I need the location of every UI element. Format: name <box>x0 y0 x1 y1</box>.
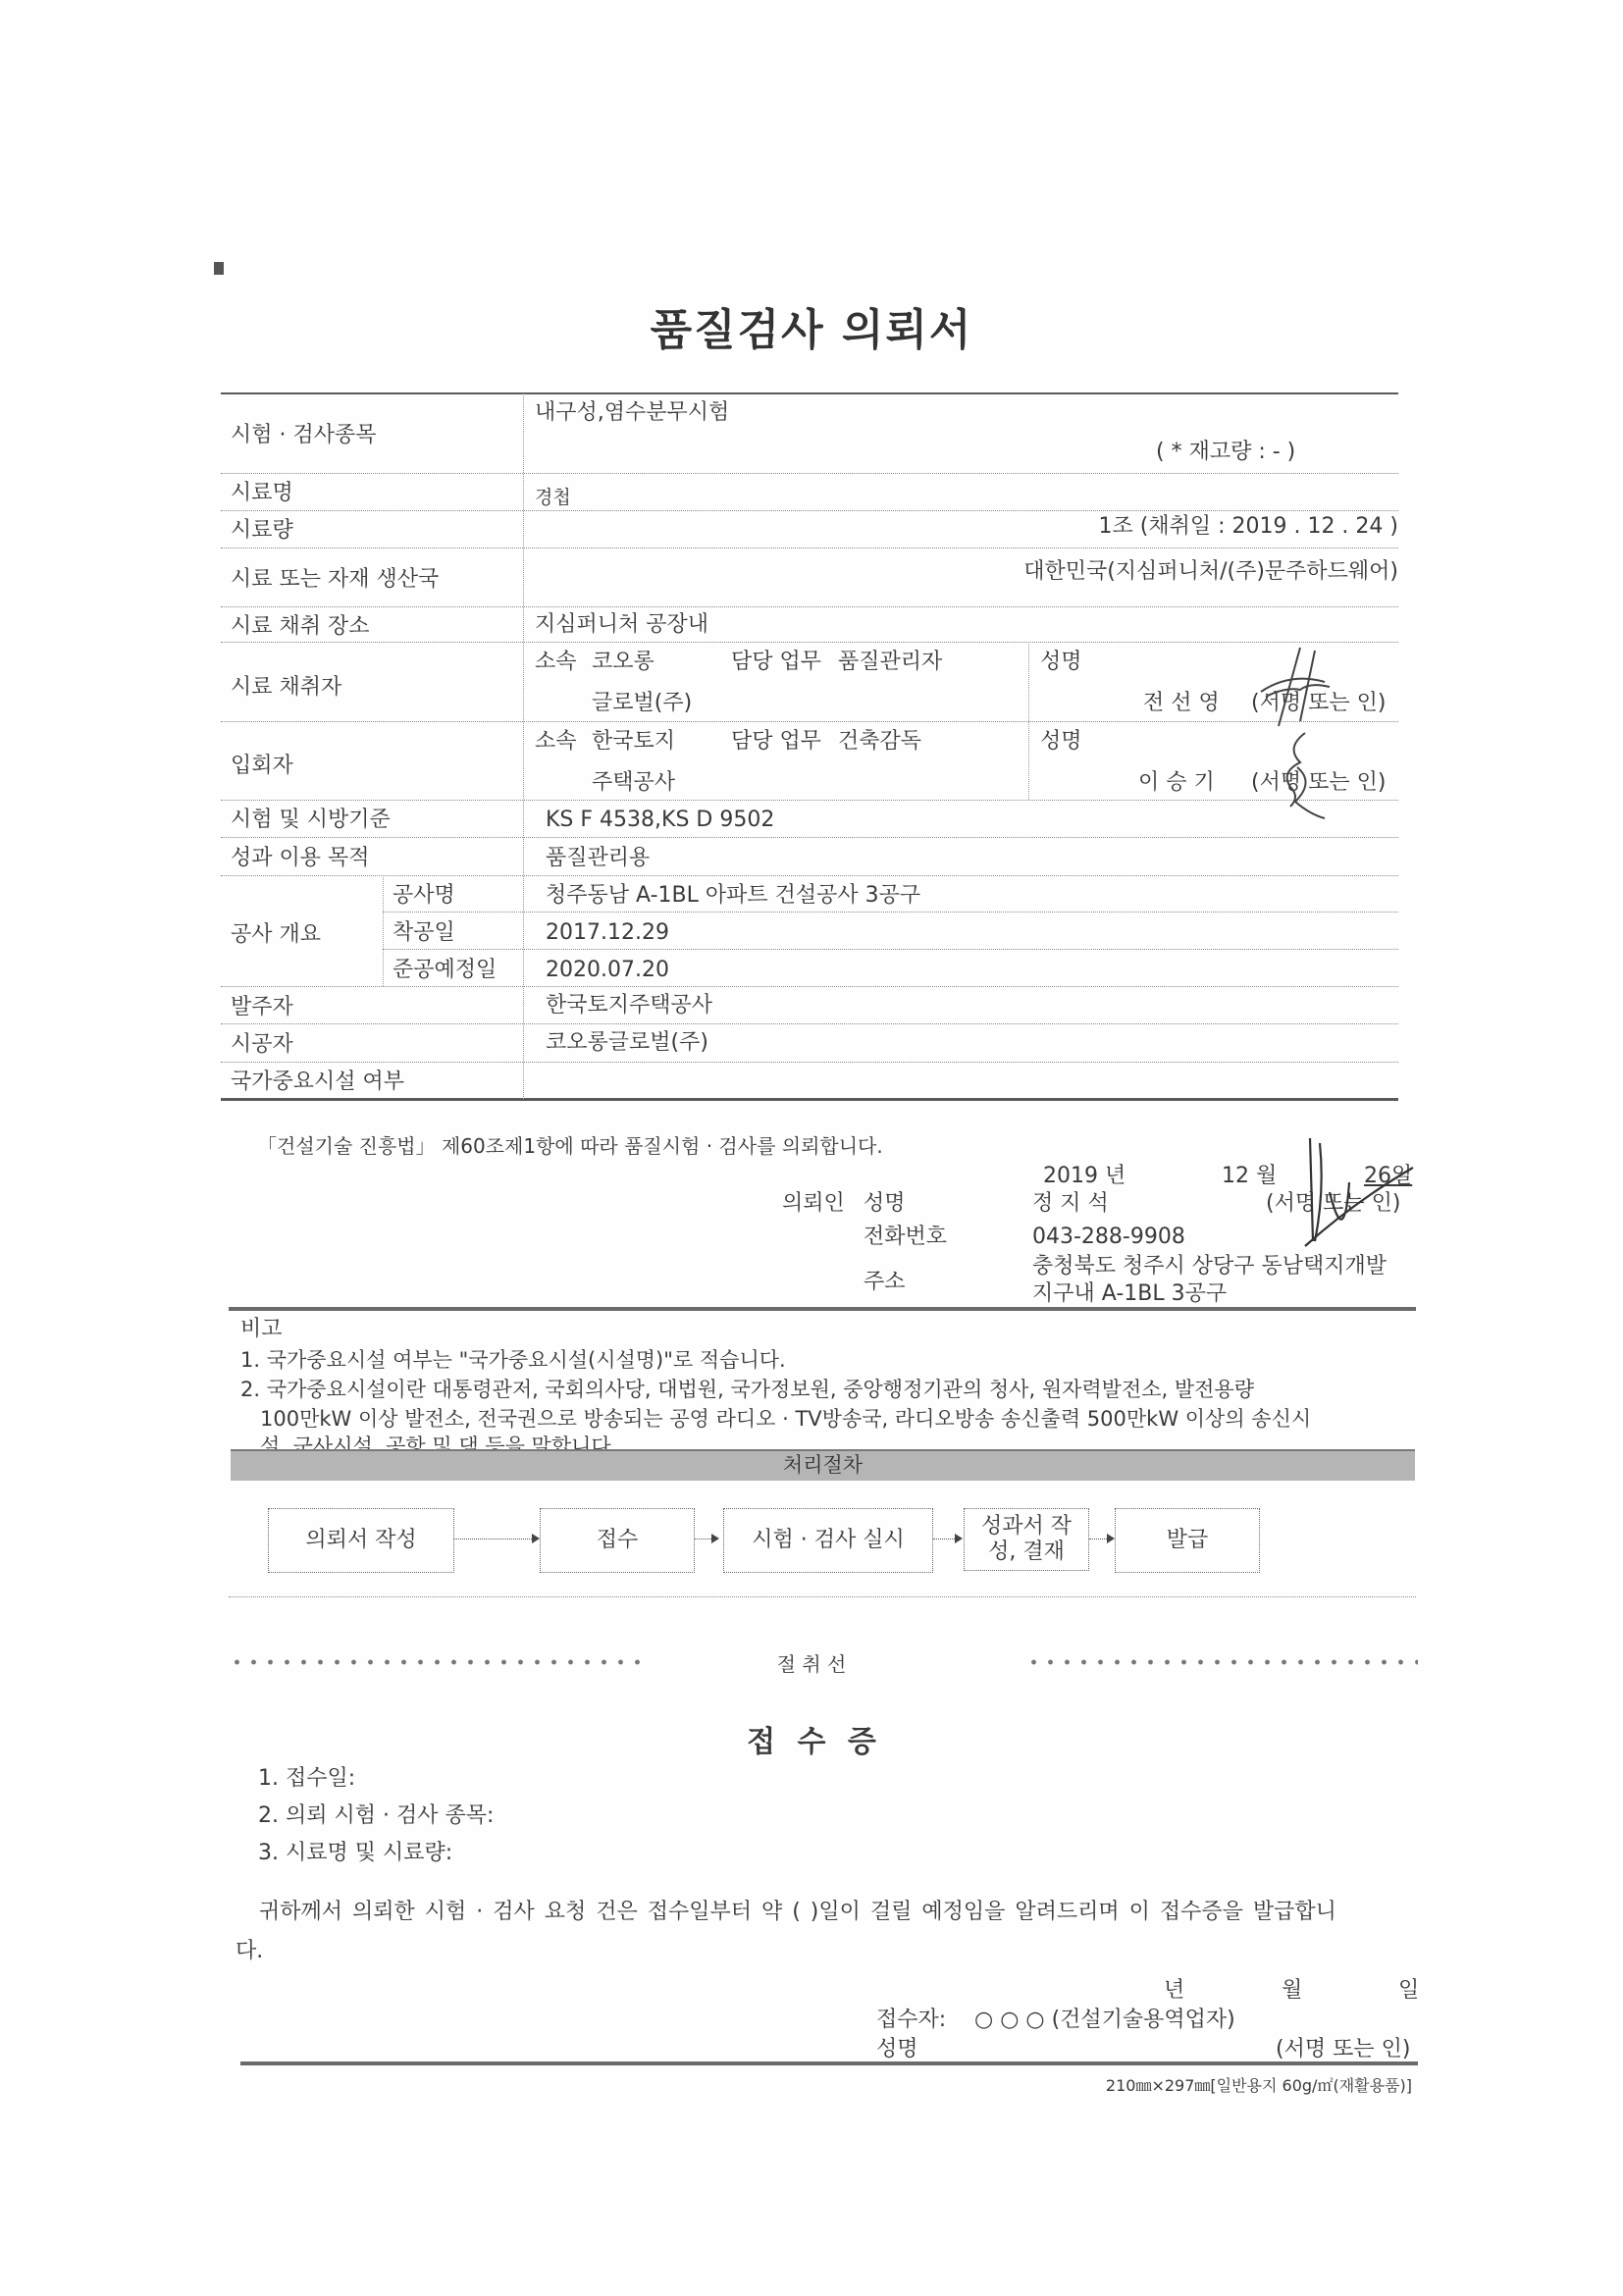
sampler-affiliation: 코오롱 <box>592 650 654 675</box>
phone-value: 043-288-9908 <box>1032 1225 1185 1250</box>
step-request-writing: 의뢰서 작성 <box>268 1508 454 1573</box>
value-test-items: 내구성,염수분무시험 <box>535 400 729 426</box>
note-2-cont: 100만kW 이상 발전소, 전국권으로 방송되는 공영 라디오 · TV방송국… <box>260 1403 1311 1433</box>
divider <box>221 510 1398 511</box>
value-client: 한국토지주택공사 <box>546 993 712 1018</box>
notes-title: 비고 <box>240 1317 283 1342</box>
receipt-item-3: 3. 시료명 및 시료량: <box>258 1841 452 1866</box>
value-sample-name: 경첩 <box>535 483 571 509</box>
request-month: 12 월 <box>1222 1164 1277 1189</box>
witness-affiliation-2: 주택공사 <box>592 770 675 796</box>
value-start-date: 2017.12.29 <box>546 920 669 946</box>
receipt-item-1: 1. 접수일: <box>258 1766 355 1792</box>
address-line2: 지구내 A-1BL 3공구 <box>1032 1281 1227 1307</box>
label-sample-name: 시료명 <box>231 481 293 506</box>
divider <box>221 800 1398 801</box>
divider <box>383 949 1398 950</box>
sampler-affiliation-2: 글로벌(주) <box>592 691 692 716</box>
label-sampler: 시료 채취자 <box>231 675 341 701</box>
phone-label: 전화번호 <box>864 1225 947 1250</box>
value-purpose: 품질관리용 <box>546 846 650 871</box>
receipt-item-2: 2. 의뢰 시험 · 검사 종목: <box>258 1803 494 1829</box>
label-national-facility: 국가중요시설 여부 <box>231 1070 404 1095</box>
receipt-notice-cont: 다. <box>236 1939 263 1964</box>
note-1: 1. 국가중요시설 여부는 "국가중요시설(시설명)"로 적습니다. <box>240 1344 786 1374</box>
divider <box>221 721 1398 722</box>
column-divider <box>523 393 524 1099</box>
receipt-bottom-border <box>240 2061 1418 2065</box>
request-statement: 「건설기술 진흥법」 제60조제1항에 따라 품질시험 · 검사를 의뢰합니다. <box>257 1130 883 1159</box>
divider <box>383 912 1398 913</box>
page-title: 품질검사 의뢰서 <box>0 294 1623 357</box>
witness-duty: 건축감독 <box>838 729 921 755</box>
section-marker <box>214 262 224 275</box>
stock-note: ( * 재고량 : - ) <box>1156 440 1295 465</box>
divider <box>221 1062 1398 1063</box>
address-line1: 충청북도 청주시 상당구 동남택지개발 <box>1032 1254 1387 1279</box>
receipt-day: 일 <box>1398 1978 1419 2004</box>
witness-affiliation-label: 소속 <box>535 729 577 755</box>
label-client: 발주자 <box>231 995 293 1020</box>
arrow-icon <box>694 1539 717 1539</box>
request-day: 26일 <box>1364 1164 1412 1189</box>
receiver-name-label: 성명 <box>876 2037 918 2062</box>
request-year: 2019 년 <box>1043 1164 1126 1189</box>
sampler-sign-note: (서명 또는 인) <box>1251 691 1386 716</box>
receipt-month: 월 <box>1282 1978 1302 2004</box>
label-contractor: 시공자 <box>231 1032 293 1058</box>
notes-divider <box>229 1307 1416 1311</box>
column-divider <box>1028 642 1029 800</box>
divider <box>221 1023 1398 1024</box>
table-top-border <box>221 392 1398 394</box>
sampler-affiliation-label: 소속 <box>535 650 577 675</box>
divider <box>221 548 1398 548</box>
value-end-date: 2020.07.20 <box>546 958 669 983</box>
value-standard: KS F 4538,KS D 9502 <box>546 808 774 833</box>
value-sample-qty: 1조 (채취일 : 2019 . 12 . 24 ) <box>1099 514 1399 540</box>
sampler-name-label: 성명 <box>1040 650 1082 675</box>
label-purpose: 성과 이용 목적 <box>231 846 370 871</box>
divider <box>221 473 1398 474</box>
procedure-title: 처리절차 <box>231 1451 1415 1479</box>
procedure-header: 처리절차 <box>231 1449 1415 1481</box>
label-end-date: 준공예정일 <box>393 958 497 983</box>
label-start-date: 착공일 <box>393 920 455 946</box>
receipt-notice: 귀하께서 의뢰한 시험 · 검사 요청 건은 접수일부터 약 ( )일이 걸릴 … <box>259 1900 1336 1925</box>
cut-line-right <box>1025 1658 1418 1666</box>
label-test-items: 시험 · 검사종목 <box>231 423 377 448</box>
address-label: 주소 <box>864 1270 906 1295</box>
receiver-value: ○ ○ ○ (건설기술용역업자) <box>974 2008 1235 2033</box>
label-project-name: 공사명 <box>393 883 455 909</box>
requester-name: 정 지 석 <box>1032 1191 1109 1217</box>
signature-sampler <box>1241 643 1349 731</box>
column-divider <box>383 875 384 986</box>
divider <box>221 986 1398 987</box>
value-contractor: 코오롱글로벌(주) <box>546 1030 708 1056</box>
sampler-name: 전 선 영 <box>1143 691 1220 716</box>
requester-name-label: 성명 <box>864 1191 906 1217</box>
step-testing: 시험 · 검사 실시 <box>723 1508 933 1573</box>
paper-spec: 210㎜×297㎜[일반용지 60g/㎡(재활용품)] <box>1106 2073 1412 2096</box>
step-receipt: 접수 <box>540 1508 695 1573</box>
sampler-duty-label: 담당 업무 <box>731 650 821 675</box>
arrow-icon <box>453 1539 538 1539</box>
receiver-sign-note: (서명 또는 인) <box>1276 2037 1410 2062</box>
label-standard: 시험 및 시방기준 <box>231 808 391 833</box>
procedure-divider <box>229 1596 1416 1597</box>
witness-affiliation: 한국토지 <box>592 729 675 755</box>
witness-duty-label: 담당 업무 <box>731 729 821 755</box>
label-sampling-place: 시료 채취 장소 <box>231 614 370 640</box>
divider <box>221 606 1398 607</box>
step-issue: 발급 <box>1115 1508 1260 1573</box>
requester-label: 의뢰인 <box>782 1191 845 1217</box>
table-bottom-border <box>221 1098 1398 1101</box>
divider <box>221 875 1398 876</box>
divider <box>221 837 1398 838</box>
label-project: 공사 개요 <box>231 922 321 948</box>
divider <box>221 642 1398 643</box>
witness-name: 이 승 기 <box>1138 770 1215 796</box>
sampler-duty: 품질관리자 <box>838 650 942 675</box>
label-origin: 시료 또는 자재 생산국 <box>231 567 439 593</box>
value-origin: 대한민국(지심퍼니처/(주)문주하드웨어) <box>1023 559 1398 585</box>
label-sample-qty: 시료량 <box>231 518 293 544</box>
step-report-approval: 성과서 작성, 결재 <box>964 1508 1089 1571</box>
value-project-name: 청주동남 A-1BL 아파트 건설공사 3공구 <box>546 883 920 909</box>
receipt-year: 년 <box>1164 1978 1184 2004</box>
label-witness: 입회자 <box>231 754 293 779</box>
arrow-icon <box>1089 1539 1113 1539</box>
witness-name-label: 성명 <box>1040 729 1082 755</box>
receipt-title: 접 수 증 <box>0 1717 1623 1760</box>
witness-sign-note: (서명 또는 인) <box>1251 770 1386 796</box>
receiver-label: 접수자: <box>876 2008 946 2033</box>
arrow-icon <box>933 1539 961 1539</box>
value-sampling-place: 지심퍼니처 공장내 <box>535 612 708 638</box>
requester-sign-note: (서명 또는 인) <box>1266 1191 1400 1217</box>
note-2: 2. 국가중요시설이란 대통령관저, 국회의사당, 대법원, 국가정보원, 중앙… <box>240 1374 1254 1403</box>
